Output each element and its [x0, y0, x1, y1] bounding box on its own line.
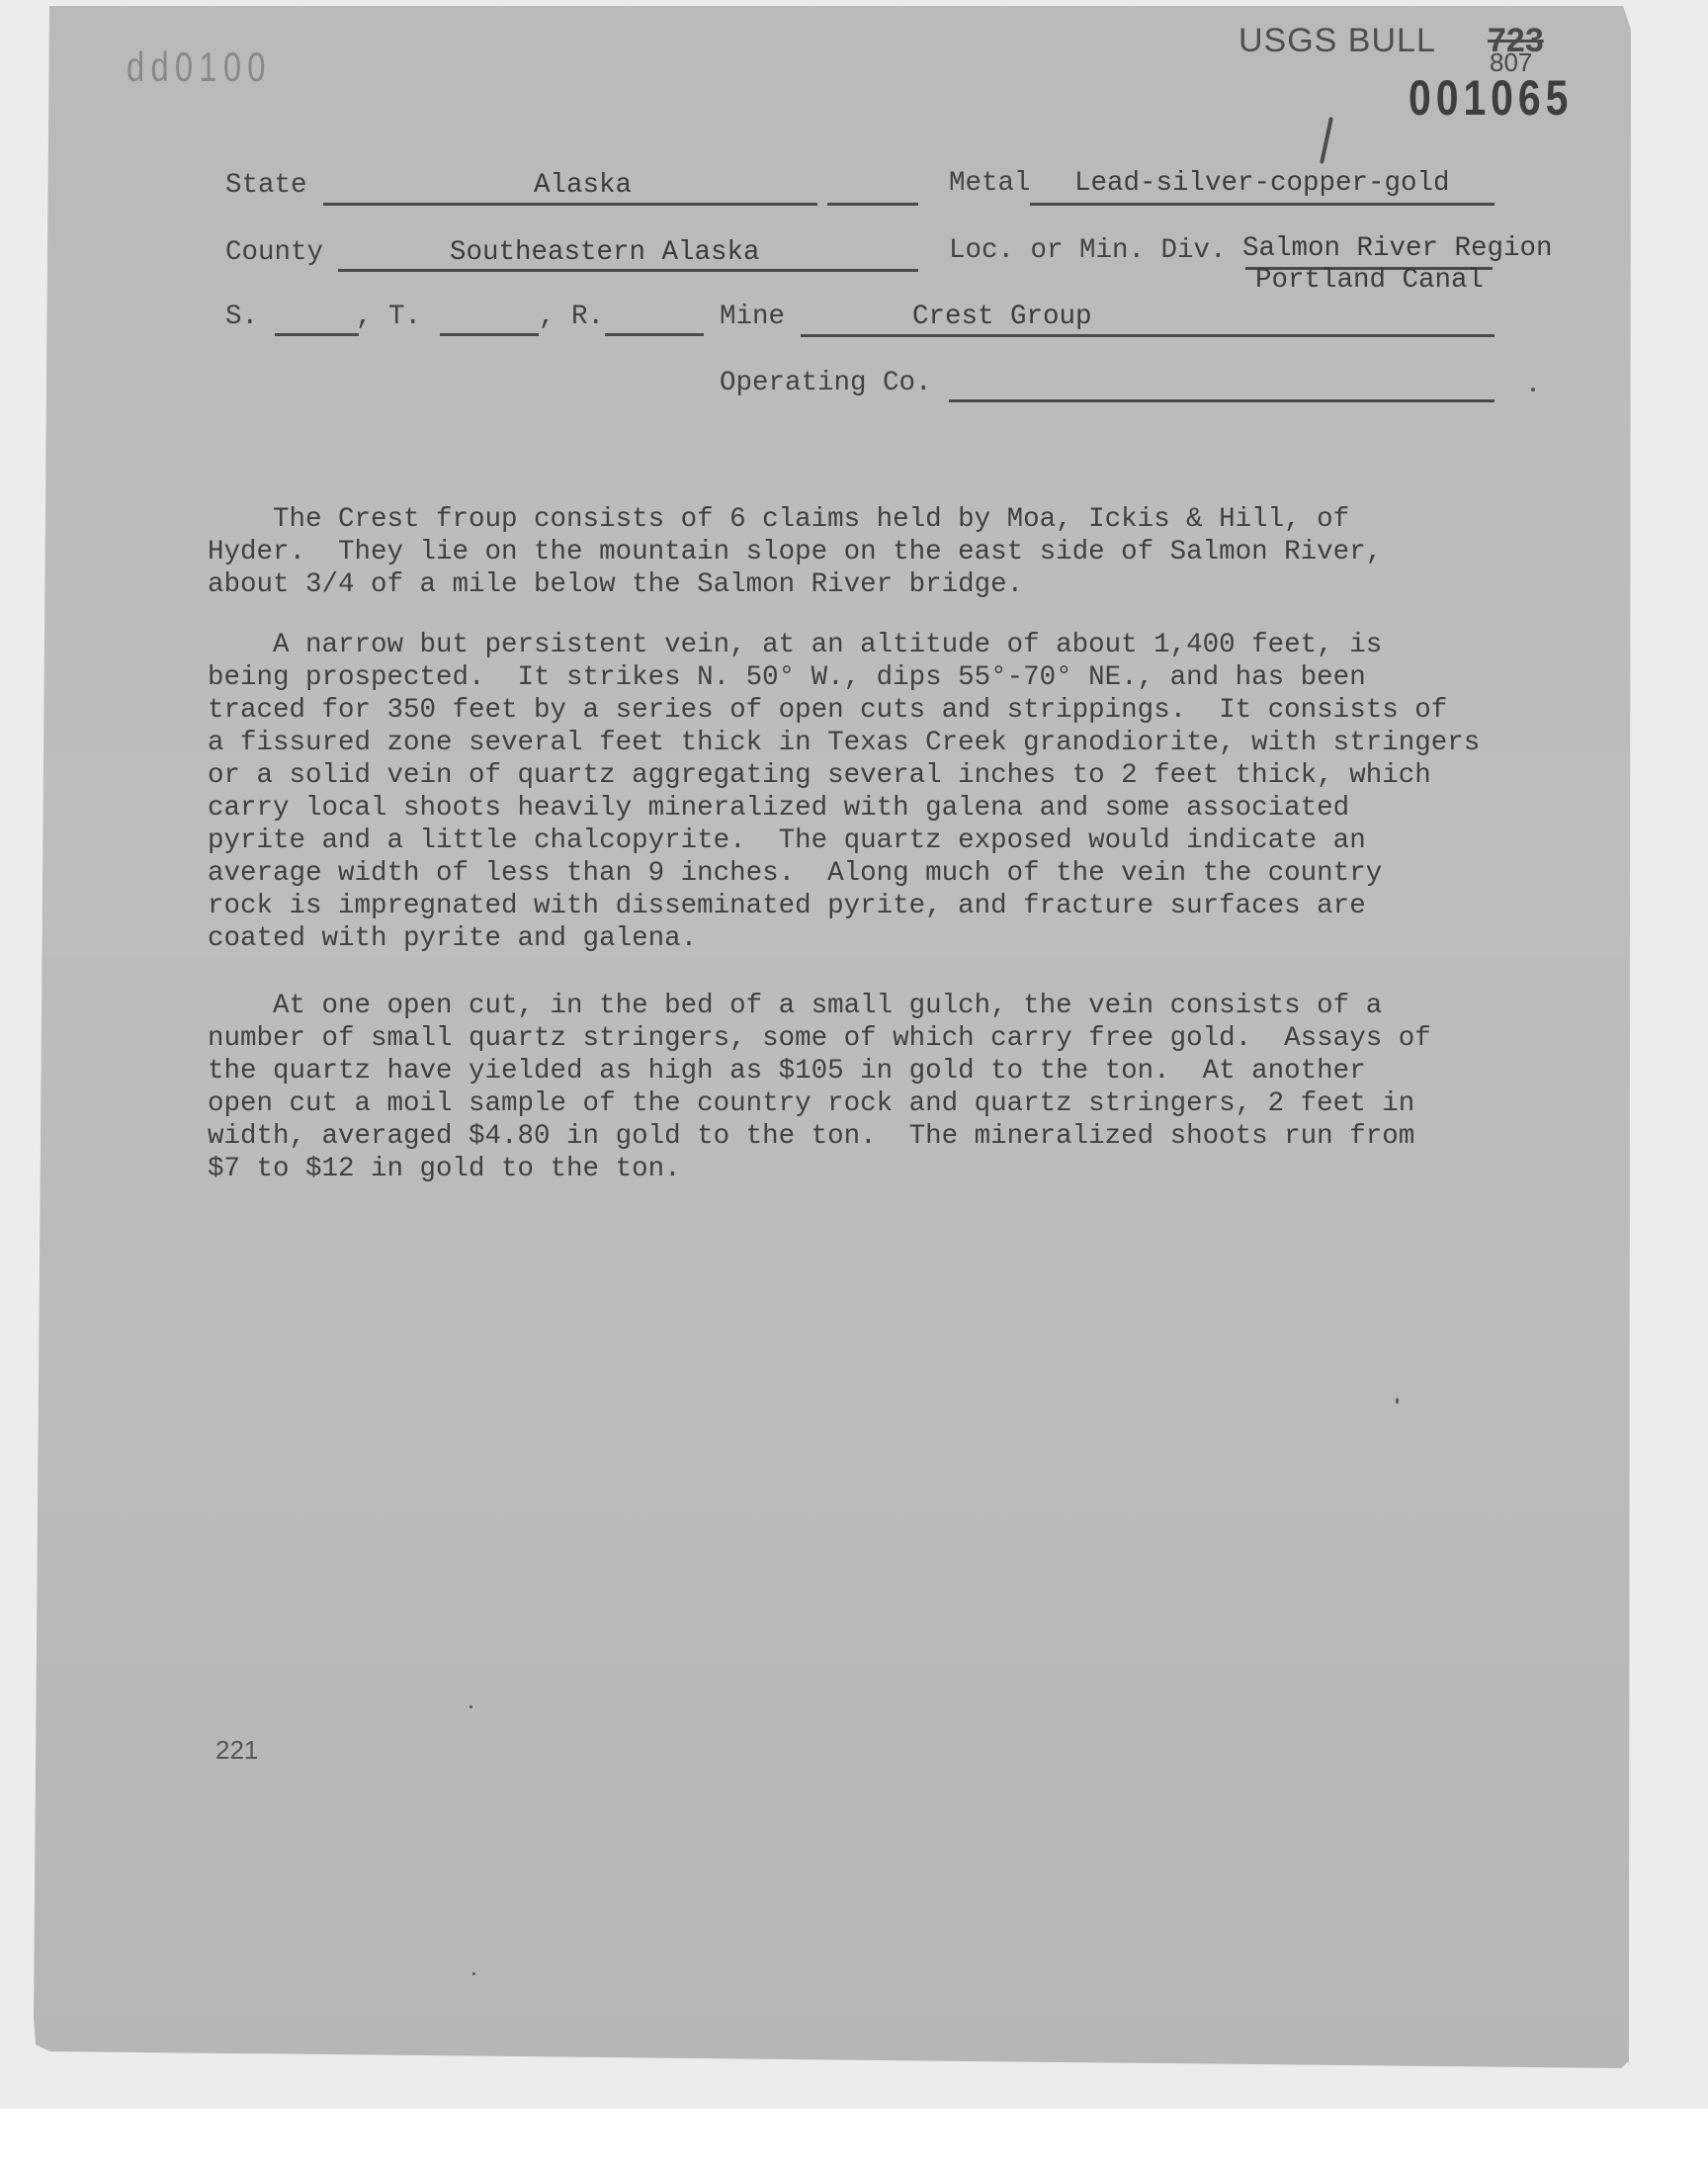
state-label: State	[225, 170, 307, 201]
usgs-bulletin-stamp: USGS BULL	[1238, 22, 1436, 60]
location-value-line2: Portland Canal	[1255, 265, 1484, 296]
paragraph-2-line: coated with pyrite and galena.	[208, 922, 1480, 955]
paragraph-2-line: or a solid vein of quartz aggregating se…	[208, 759, 1480, 792]
township-label: , T.	[356, 302, 421, 332]
section-underline	[275, 333, 359, 336]
stray-mark	[472, 1972, 475, 1975]
operating-co-underline	[949, 399, 1494, 402]
document-number: 001065	[1409, 69, 1573, 127]
paragraph-3-line: $7 to $12 in gold to the ton.	[208, 1153, 1431, 1185]
county-underline	[338, 269, 918, 272]
mine-value: Crest Group	[912, 302, 1092, 332]
paragraph-2-line: rock is impregnated with disseminated py…	[208, 890, 1480, 922]
paragraph-2: A narrow but persistent vein, at an alti…	[208, 596, 1480, 988]
metal-value: Lead-silver-copper-gold	[1074, 168, 1450, 199]
paragraph-3-line: number of small quartz stringers, some o…	[208, 1022, 1431, 1055]
county-label: County	[225, 237, 323, 268]
paragraph-2-line: a fissured zone several feet thick in Te…	[208, 727, 1480, 759]
metal-underline	[1030, 203, 1494, 206]
paragraph-2-line: traced for 350 feet by a series of open …	[208, 694, 1480, 727]
operating-co-label: Operating Co.	[720, 368, 932, 398]
state-underline-extension	[827, 203, 918, 206]
state-value: Alaska	[534, 170, 632, 201]
paragraph-2-line: A narrow but persistent vein, at an alti…	[208, 629, 1480, 661]
paragraph-3-line: At one open cut, in the bed of a small g…	[208, 990, 1431, 1022]
county-value: Southeastern Alaska	[450, 237, 760, 268]
mine-underline	[801, 334, 1494, 337]
paragraph-3-line: width, averaged $4.80 in gold to the ton…	[208, 1120, 1431, 1153]
page-number: 221	[215, 1735, 258, 1766]
paragraph-2-line: being prospected. It strikes N. 50° W., …	[208, 661, 1480, 694]
township-underline	[440, 333, 539, 336]
state-underline	[323, 203, 817, 206]
paragraph-3-line: the quartz have yielded as high as $105 …	[208, 1055, 1431, 1087]
location-value-line1: Salmon River Region	[1242, 233, 1553, 264]
location-label: Loc. or Min. Div.	[949, 235, 1227, 266]
stray-mark	[1396, 1398, 1399, 1404]
paragraph-3: At one open cut, in the bed of a small g…	[208, 957, 1431, 1218]
range-label: , R.	[539, 302, 604, 332]
range-underline	[605, 333, 704, 336]
section-label: S.	[225, 302, 258, 332]
paragraph-2-line: average width of less than 9 inches. Alo…	[208, 857, 1480, 890]
metal-label: Metal	[949, 168, 1031, 199]
paragraph-2-line: pyrite and a little chalcopyrite. The qu…	[208, 825, 1480, 857]
stray-mark	[470, 1705, 472, 1708]
paragraph-1-line: Hyder. They lie on the mountain slope on…	[208, 536, 1382, 568]
stray-mark	[1531, 388, 1535, 391]
mine-label: Mine	[720, 302, 785, 332]
paragraph-3-line: open cut a moil sample of the country ro…	[208, 1087, 1431, 1120]
mirrored-bleedthrough-number: dd0100	[127, 43, 272, 91]
paragraph-2-line: carry local shoots heavily mineralized w…	[208, 792, 1480, 825]
paragraph-1-line: The Crest froup consists of 6 claims hel…	[208, 503, 1382, 536]
